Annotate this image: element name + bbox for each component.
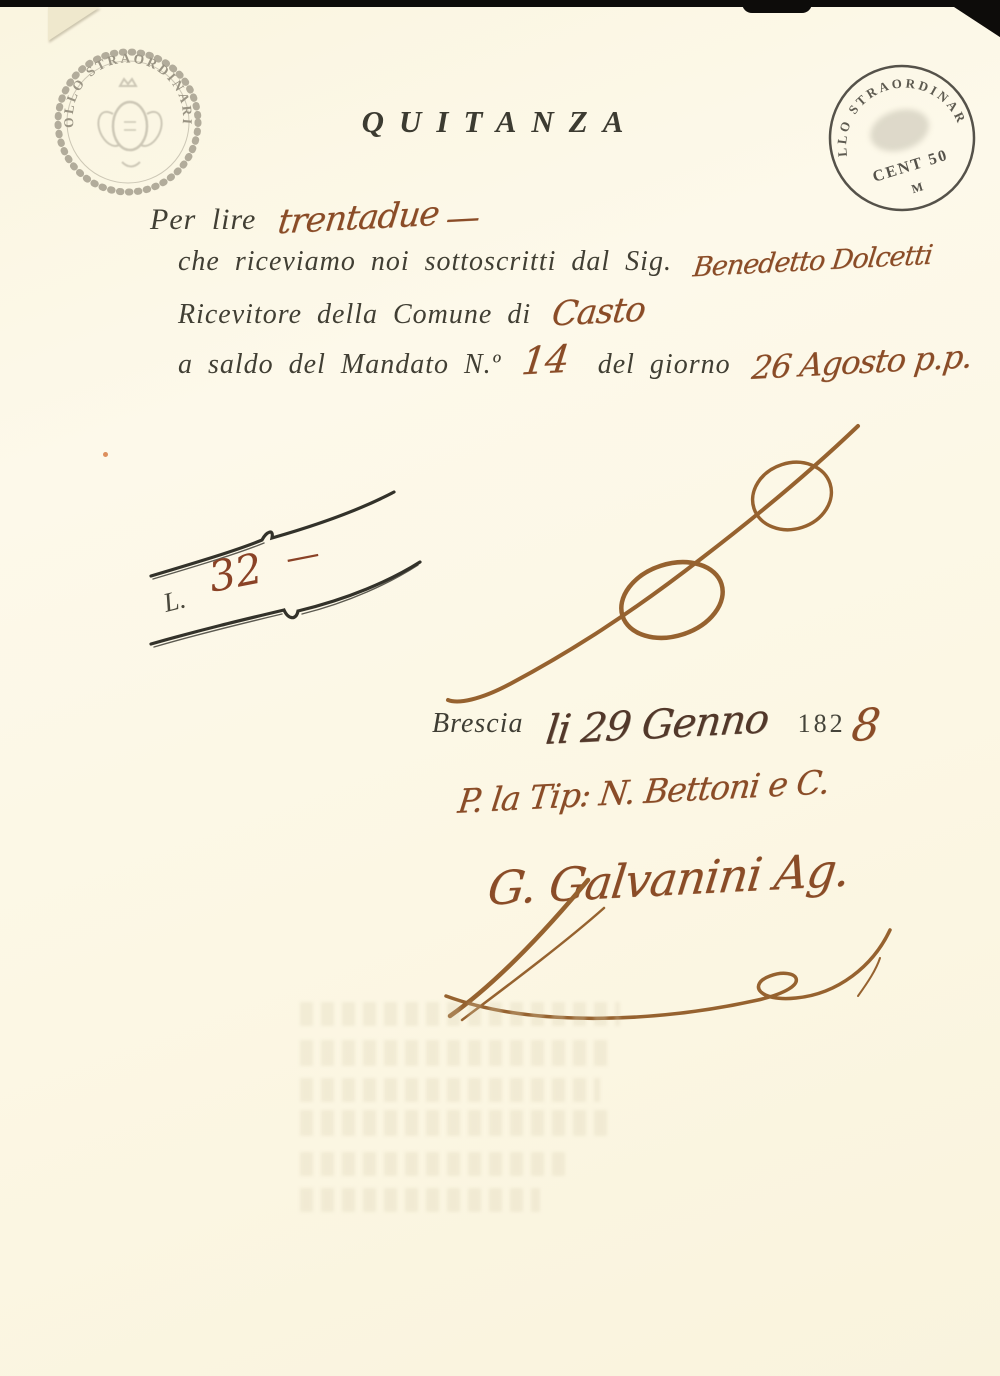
handwritten-amount-words: trentadue [276, 194, 441, 243]
showthrough-row [300, 1188, 540, 1212]
handwritten-payer-name: Benedetto Dolcetti [691, 240, 933, 284]
scanned-receipt-page: BOLLO STRAORDINARIO BOLLO STRAORDINARIO … [0, 0, 1000, 1376]
handwritten-date: li 29 Genno [543, 696, 771, 754]
showthrough-row [300, 1152, 570, 1176]
showthrough-row [300, 1110, 610, 1136]
printed-city: Brescia [432, 708, 524, 739]
amount-currency-label: L. [159, 583, 188, 618]
line-per-lire: Per lire trentadue — [150, 198, 480, 238]
pen-flourish [440, 418, 870, 713]
printed-per-lire: Per lire [150, 203, 256, 236]
paper-corner-fold [48, 7, 100, 41]
amount-block: L. 32 — [138, 478, 468, 673]
handwritten-amount-dash: — [444, 197, 483, 239]
handwritten-year-digit: 8 [849, 699, 882, 752]
amount-value-handwritten: 32 [205, 544, 267, 602]
lower-swash-rule [151, 562, 420, 644]
stamp-letter: M [910, 179, 925, 196]
scan-edge-notch [742, 0, 812, 13]
showthrough-row [300, 1078, 600, 1102]
upper-swash-rule [151, 492, 394, 576]
printed-ricevitore: Ricevitore della Comune di [178, 299, 531, 330]
printed-mandato: a saldo del Mandato N.º [178, 349, 501, 380]
handwritten-mandato-date: 26 Agosto p.p. [749, 337, 973, 387]
showthrough-row [300, 1002, 620, 1026]
handwritten-mandato-number: 14 [520, 337, 572, 384]
line-ricevitore: Ricevitore della Comune di Casto [178, 292, 645, 332]
printed-del-giorno: del giorno [598, 349, 731, 380]
line-riceviamo: che riceviamo noi sottoscritti dal Sig. … [178, 246, 932, 278]
printed-riceviamo: che riceviamo noi sottoscritti dal Sig. [178, 246, 672, 277]
amount-trailing-dash: — [282, 533, 323, 579]
printed-year: 182 [798, 709, 846, 738]
handwritten-comune: Casto [550, 289, 648, 334]
showthrough-row [300, 1040, 610, 1066]
dateline: Brescia li 29 Genno 182 8 [432, 700, 879, 751]
stamp-value: CENT 50 [871, 147, 951, 186]
document-title: QUITANZA [0, 104, 1000, 140]
paper-speck [103, 452, 108, 457]
line-mandato: a saldo del Mandato N.º 14 del giorno 26… [178, 338, 971, 382]
